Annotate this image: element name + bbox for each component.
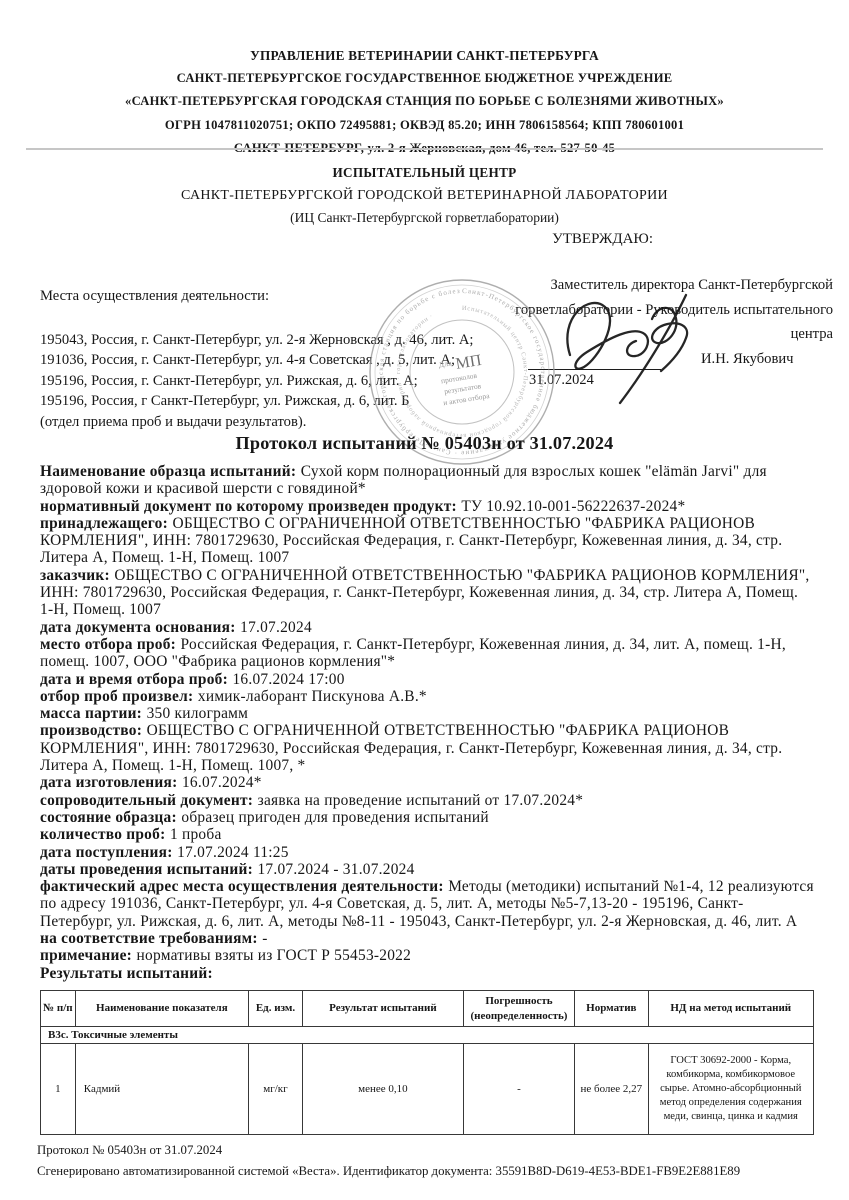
table-row: 1 Кадмий мг/кг менее 0,10 - не более 2,2…: [41, 1044, 814, 1135]
field-label: отбор проб произвел:: [40, 688, 193, 705]
document-footer: Протокол № 05403н от 31.07.2024 Сгенерир…: [37, 1140, 740, 1181]
cell-indicator-name: Кадмий: [75, 1044, 248, 1135]
protocol-field: количество проб:1 проба: [40, 826, 814, 843]
protocol-field: на соответствие требованиям:-: [40, 930, 814, 947]
field-value: 1 проба: [170, 826, 222, 843]
test-center-subtitle: САНКТ-ПЕТЕРБУРГСКОЙ ГОРОДСКОЙ ВЕТЕРИНАРН…: [0, 184, 849, 207]
field-label: даты проведения испытаний:: [40, 861, 253, 878]
protocol-field: дата поступления:17.07.2024 11:25: [40, 844, 814, 861]
field-label: производство:: [40, 722, 142, 739]
cell-uncertainty: -: [463, 1044, 574, 1135]
activity-places-list: 195043, Россия, г. Санкт-Петербург, ул. …: [40, 330, 473, 432]
protocol-field: нормативный документ по которому произве…: [40, 498, 814, 515]
test-center-block: ИСПЫТАТЕЛЬНЫЙ ЦЕНТР САНКТ-ПЕТЕРБУРГСКОЙ …: [0, 161, 849, 229]
protocol-field: сопроводительный документ:заявка на пров…: [40, 792, 814, 809]
protocol-field: Результаты испытаний:: [40, 965, 814, 982]
field-label: примечание:: [40, 947, 132, 964]
field-label: принадлежащего:: [40, 515, 168, 532]
field-value: 16.07.2024*: [182, 774, 262, 791]
results-table-header-cell: Результат испытаний: [303, 991, 464, 1027]
results-table-header-cell: Норматив: [575, 991, 648, 1027]
org-header: УПРАВЛЕНИЕ ВЕТЕРИНАРИИ САНКТ-ПЕТЕРБУРГА …: [0, 44, 849, 160]
field-label: фактический адрес места осуществления де…: [40, 878, 444, 895]
table-section-label: В3с. Токсичные элементы: [41, 1027, 814, 1044]
protocol-field: масса партии:350 килограмм: [40, 705, 814, 722]
field-value: химик-лаборант Пискунова А.В.*: [198, 688, 427, 705]
table-section-row: В3с. Токсичные элементы: [41, 1027, 814, 1044]
field-value: нормативы взяты из ГОСТ Р 55453-2022: [137, 947, 412, 964]
activity-place-line: 195043, Россия, г. Санкт-Петербург, ул. …: [40, 330, 473, 350]
footer-generated-note: Сгенерировано автоматизированной системо…: [37, 1161, 740, 1182]
protocol-field: место отбора проб:Российская Федерация, …: [40, 636, 814, 671]
protocol-field: заказчик:ОБЩЕСТВО С ОГРАНИЧЕННОЙ ОТВЕТСТ…: [40, 567, 814, 619]
field-label: заказчик:: [40, 567, 110, 584]
results-table-header-cell: № п/п: [41, 991, 76, 1027]
activity-place-line: (отдел приема проб и выдачи результатов)…: [40, 412, 473, 432]
activity-place-line: 195196, Россия, г. Санкт-Петербург, ул. …: [40, 371, 473, 391]
test-center-title: ИСПЫТАТЕЛЬНЫЙ ЦЕНТР: [0, 161, 849, 184]
field-value: -: [262, 930, 267, 947]
protocol-field: отбор проб произвел:химик-лаборант Писку…: [40, 688, 814, 705]
cell-norm: не более 2,27: [575, 1044, 648, 1135]
field-value: ОБЩЕСТВО С ОГРАНИЧЕННОЙ ОТВЕТСТВЕННОСТЬЮ…: [40, 567, 809, 619]
protocol-field: примечание:нормативы взяты из ГОСТ Р 554…: [40, 947, 814, 964]
results-table-header-cell: НД на метод испытаний: [648, 991, 813, 1027]
field-label: место отбора проб:: [40, 636, 176, 653]
field-label: состояние образца:: [40, 809, 177, 826]
field-value: 17.07.2024 - 31.07.2024: [257, 861, 414, 878]
results-table-header-cell: Ед. изм.: [248, 991, 302, 1027]
field-label: Результаты испытаний:: [40, 965, 213, 982]
cell-number: 1: [41, 1044, 76, 1135]
test-center-note: (ИЦ Санкт-Петербургской горветлаборатори…: [0, 207, 849, 229]
field-label: дата и время отбора проб:: [40, 671, 228, 688]
org-header-line: «САНКТ-ПЕТЕРБУРГСКАЯ ГОРОДСКАЯ СТАНЦИЯ П…: [0, 90, 849, 113]
results-table-header-cell: Наименование показателя: [75, 991, 248, 1027]
field-value: заявка на проведение испытаний от 17.07.…: [258, 792, 584, 809]
protocol-field: фактический адрес места осуществления де…: [40, 878, 814, 930]
field-value: ОБЩЕСТВО С ОГРАНИЧЕННОЙ ОТВЕТСТВЕННОСТЬЮ…: [40, 722, 782, 774]
field-label: на соответствие требованиям:: [40, 930, 258, 947]
field-value: 350 килограмм: [147, 705, 249, 722]
results-table: № п/п Наименование показателя Ед. изм. Р…: [40, 990, 814, 1135]
protocol-field: дата документа основания:17.07.2024: [40, 619, 814, 636]
approve-label: УТВЕРЖДАЮ:: [552, 231, 653, 248]
field-label: дата документа основания:: [40, 619, 236, 636]
protocol-field: производство:ОБЩЕСТВО С ОГРАНИЧЕННОЙ ОТВ…: [40, 722, 814, 774]
field-label: сопроводительный документ:: [40, 792, 253, 809]
field-label: дата изготовления:: [40, 774, 177, 791]
field-value: 16.07.2024 17:00: [232, 671, 344, 688]
protocol-field: принадлежащего:ОБЩЕСТВО С ОГРАНИЧЕННОЙ О…: [40, 515, 814, 567]
results-table-header-cell: Погрешность (неопределенность): [463, 991, 574, 1027]
field-label: масса партии:: [40, 705, 142, 722]
protocol-field: даты проведения испытаний:17.07.2024 - 3…: [40, 861, 814, 878]
activity-place-line: 195196, Россия, г Санкт-Петербург, ул. Р…: [40, 391, 473, 411]
field-value: 17.07.2024: [240, 619, 312, 636]
field-label: количество проб:: [40, 826, 165, 843]
scanned-protocol-document: { "org_header": { "lines": [ "УПРАВЛЕНИЕ…: [0, 0, 849, 1200]
activity-place-line: 191036, Россия, г. Санкт-Петербург, ул. …: [40, 350, 473, 370]
org-header-line: САНКТ-ПЕТЕРБУРГСКОЕ ГОСУДАРСТВЕННОЕ БЮДЖ…: [0, 67, 849, 90]
protocol-field: дата изготовления:16.07.2024*: [40, 774, 814, 791]
cell-unit: мг/кг: [248, 1044, 302, 1135]
cell-method-document: ГОСТ 30692-2000 - Корма, комбикорма, ком…: [648, 1044, 813, 1135]
field-label: Наименование образца испытаний:: [40, 463, 296, 480]
field-label: нормативный документ по которому произве…: [40, 498, 457, 515]
protocol-field: Наименование образца испытаний:Сухой кор…: [40, 463, 814, 498]
field-value: 17.07.2024 11:25: [177, 844, 289, 861]
results-table-header-row: № п/п Наименование показателя Ед. изм. Р…: [41, 991, 814, 1027]
activity-places-label: Места осуществления деятельности:: [40, 288, 269, 305]
protocol-field: дата и время отбора проб:16.07.2024 17:0…: [40, 671, 814, 688]
header-divider: [26, 148, 823, 150]
field-label: дата поступления:: [40, 844, 173, 861]
field-value: ТУ 10.92.10-001-56222637-2024*: [461, 498, 685, 515]
cell-result: менее 0,10: [303, 1044, 464, 1135]
protocol-field: состояние образца:образец пригоден для п…: [40, 809, 814, 826]
org-header-line: УПРАВЛЕНИЕ ВЕТЕРИНАРИИ САНКТ-ПЕТЕРБУРГА: [0, 44, 849, 67]
org-header-line: ОГРН 1047811020751; ОКПО 72495881; ОКВЭД…: [0, 114, 849, 137]
protocol-title: Протокол испытаний № 05403н от 31.07.202…: [0, 433, 849, 454]
field-value: образец пригоден для проведения испытани…: [181, 809, 488, 826]
footer-protocol-number: Протокол № 05403н от 31.07.2024: [37, 1140, 740, 1161]
signature-scribble: [540, 285, 720, 410]
protocol-fields: Наименование образца испытаний:Сухой кор…: [40, 463, 814, 982]
